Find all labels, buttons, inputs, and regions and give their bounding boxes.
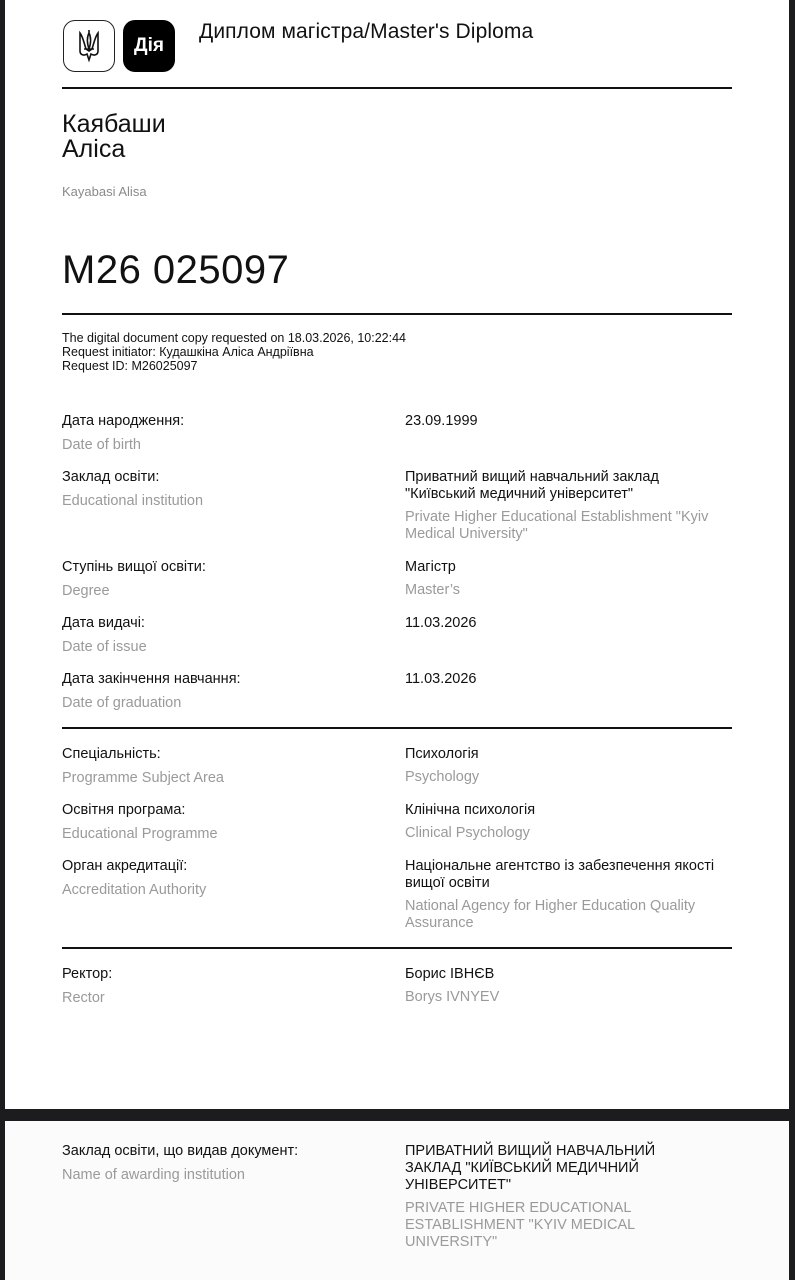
request-id: Request ID: M26025097 [62,359,406,373]
document-title: Диплом магістра/Master's Diploma [199,20,533,44]
holder-latin-name: Kayabasi Alisa [62,184,147,199]
diploma-page-1: Дія Диплом магістра/Master's Diploma Кая… [5,0,789,1109]
divider [62,727,732,729]
diploma-page-2: Заклад освіти, що видав документ:Name of… [5,1121,789,1280]
request-date: The digital document copy requested on 1… [62,331,406,345]
divider [62,947,732,949]
request-info: The digital document copy requested on 1… [62,331,406,373]
document-header: Дія Диплом магістра/Master's Diploma [63,20,533,72]
trident-icon [63,20,115,72]
diia-logo: Дія [123,20,175,72]
request-initiator: Request initiator: Кудашкіна Аліса Андрі… [62,345,406,359]
divider [62,313,732,315]
divider [62,87,732,89]
holder-given-name: Аліса [62,137,166,162]
document-number: M26 025097 [62,248,289,293]
holder-surname: Каябаши [62,112,166,137]
holder-name: Каябаши Аліса [62,112,166,162]
